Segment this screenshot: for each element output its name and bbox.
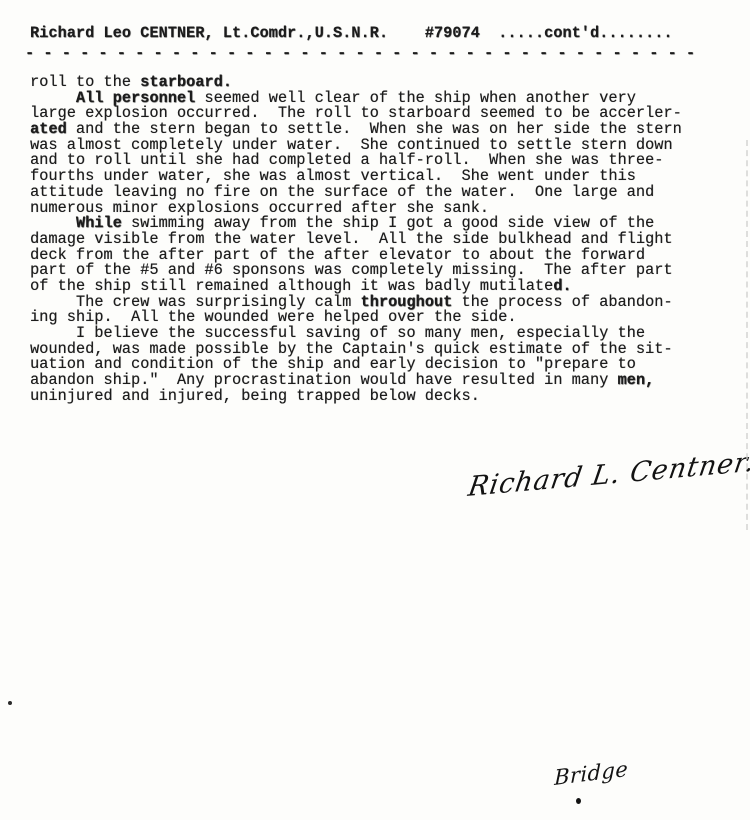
separator-dashes: - - - - - - - - - - - - - - - - - - - - … (25, 44, 695, 62)
header-line: Richard Leo CENTNER, Lt.Comdr.,U.S.N.R. … (30, 24, 673, 42)
document-body: roll to the starboard. All personnel see… (30, 75, 682, 404)
typed-text-bold: men, (618, 371, 655, 389)
body-line: uninjured and injured, being trapped bel… (30, 389, 682, 405)
margin-ink-dot (8, 701, 12, 705)
signature: Richard L. Centner. (466, 446, 750, 503)
typed-text: uninjured and injured, being trapped bel… (30, 387, 480, 405)
ink-dot (576, 798, 581, 804)
page-edge-scan-line (746, 140, 748, 530)
handwritten-note-bridge: Bridge (554, 757, 628, 790)
document-page: Richard Leo CENTNER, Lt.Comdr.,U.S.N.R. … (0, 0, 750, 820)
